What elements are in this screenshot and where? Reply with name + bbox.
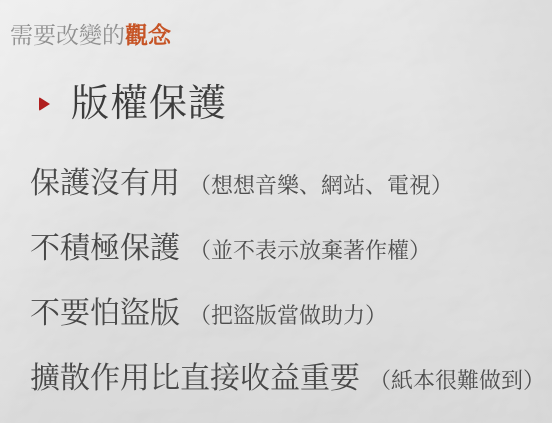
slide-content: 需要改變的觀念 版權保護 保護沒有用（想想音樂、網站、電視） 不積極保護（並不表…: [0, 0, 552, 423]
point-note-text: （把盜版當做助力）: [189, 303, 387, 328]
bullet-point: 保護沒有用（想想音樂、網站、電視）: [30, 166, 453, 202]
point-main-text: 不積極保護: [30, 232, 180, 265]
kicker-highlight-text: 觀念: [125, 22, 171, 48]
kicker-line: 需要改變的觀念: [10, 23, 171, 48]
point-main-text: 擴散作用比直接收益重要: [30, 362, 360, 395]
point-note-text: （並不表示放棄著作權）: [189, 238, 431, 263]
point-main-text: 保護沒有用: [30, 167, 180, 200]
title-bullet-triangle-icon: [39, 97, 50, 111]
presentation-slide: 需要改變的觀念 版權保護 保護沒有用（想想音樂、網站、電視） 不積極保護（並不表…: [0, 0, 552, 423]
bullet-point: 不積極保護（並不表示放棄著作權）: [30, 231, 431, 267]
point-main-text: 不要怕盜版: [30, 297, 180, 330]
bullet-point: 不要怕盜版（把盜版當做助力）: [30, 296, 387, 332]
kicker-prefix-text: 需要改變的: [10, 22, 125, 48]
point-note-text: （想想音樂、網站、電視）: [189, 173, 453, 198]
slide-title: 版權保護: [71, 84, 227, 126]
bullet-point: 擴散作用比直接收益重要（紙本很難做到）: [30, 361, 545, 397]
point-note-text: （紙本很難做到）: [369, 368, 545, 393]
